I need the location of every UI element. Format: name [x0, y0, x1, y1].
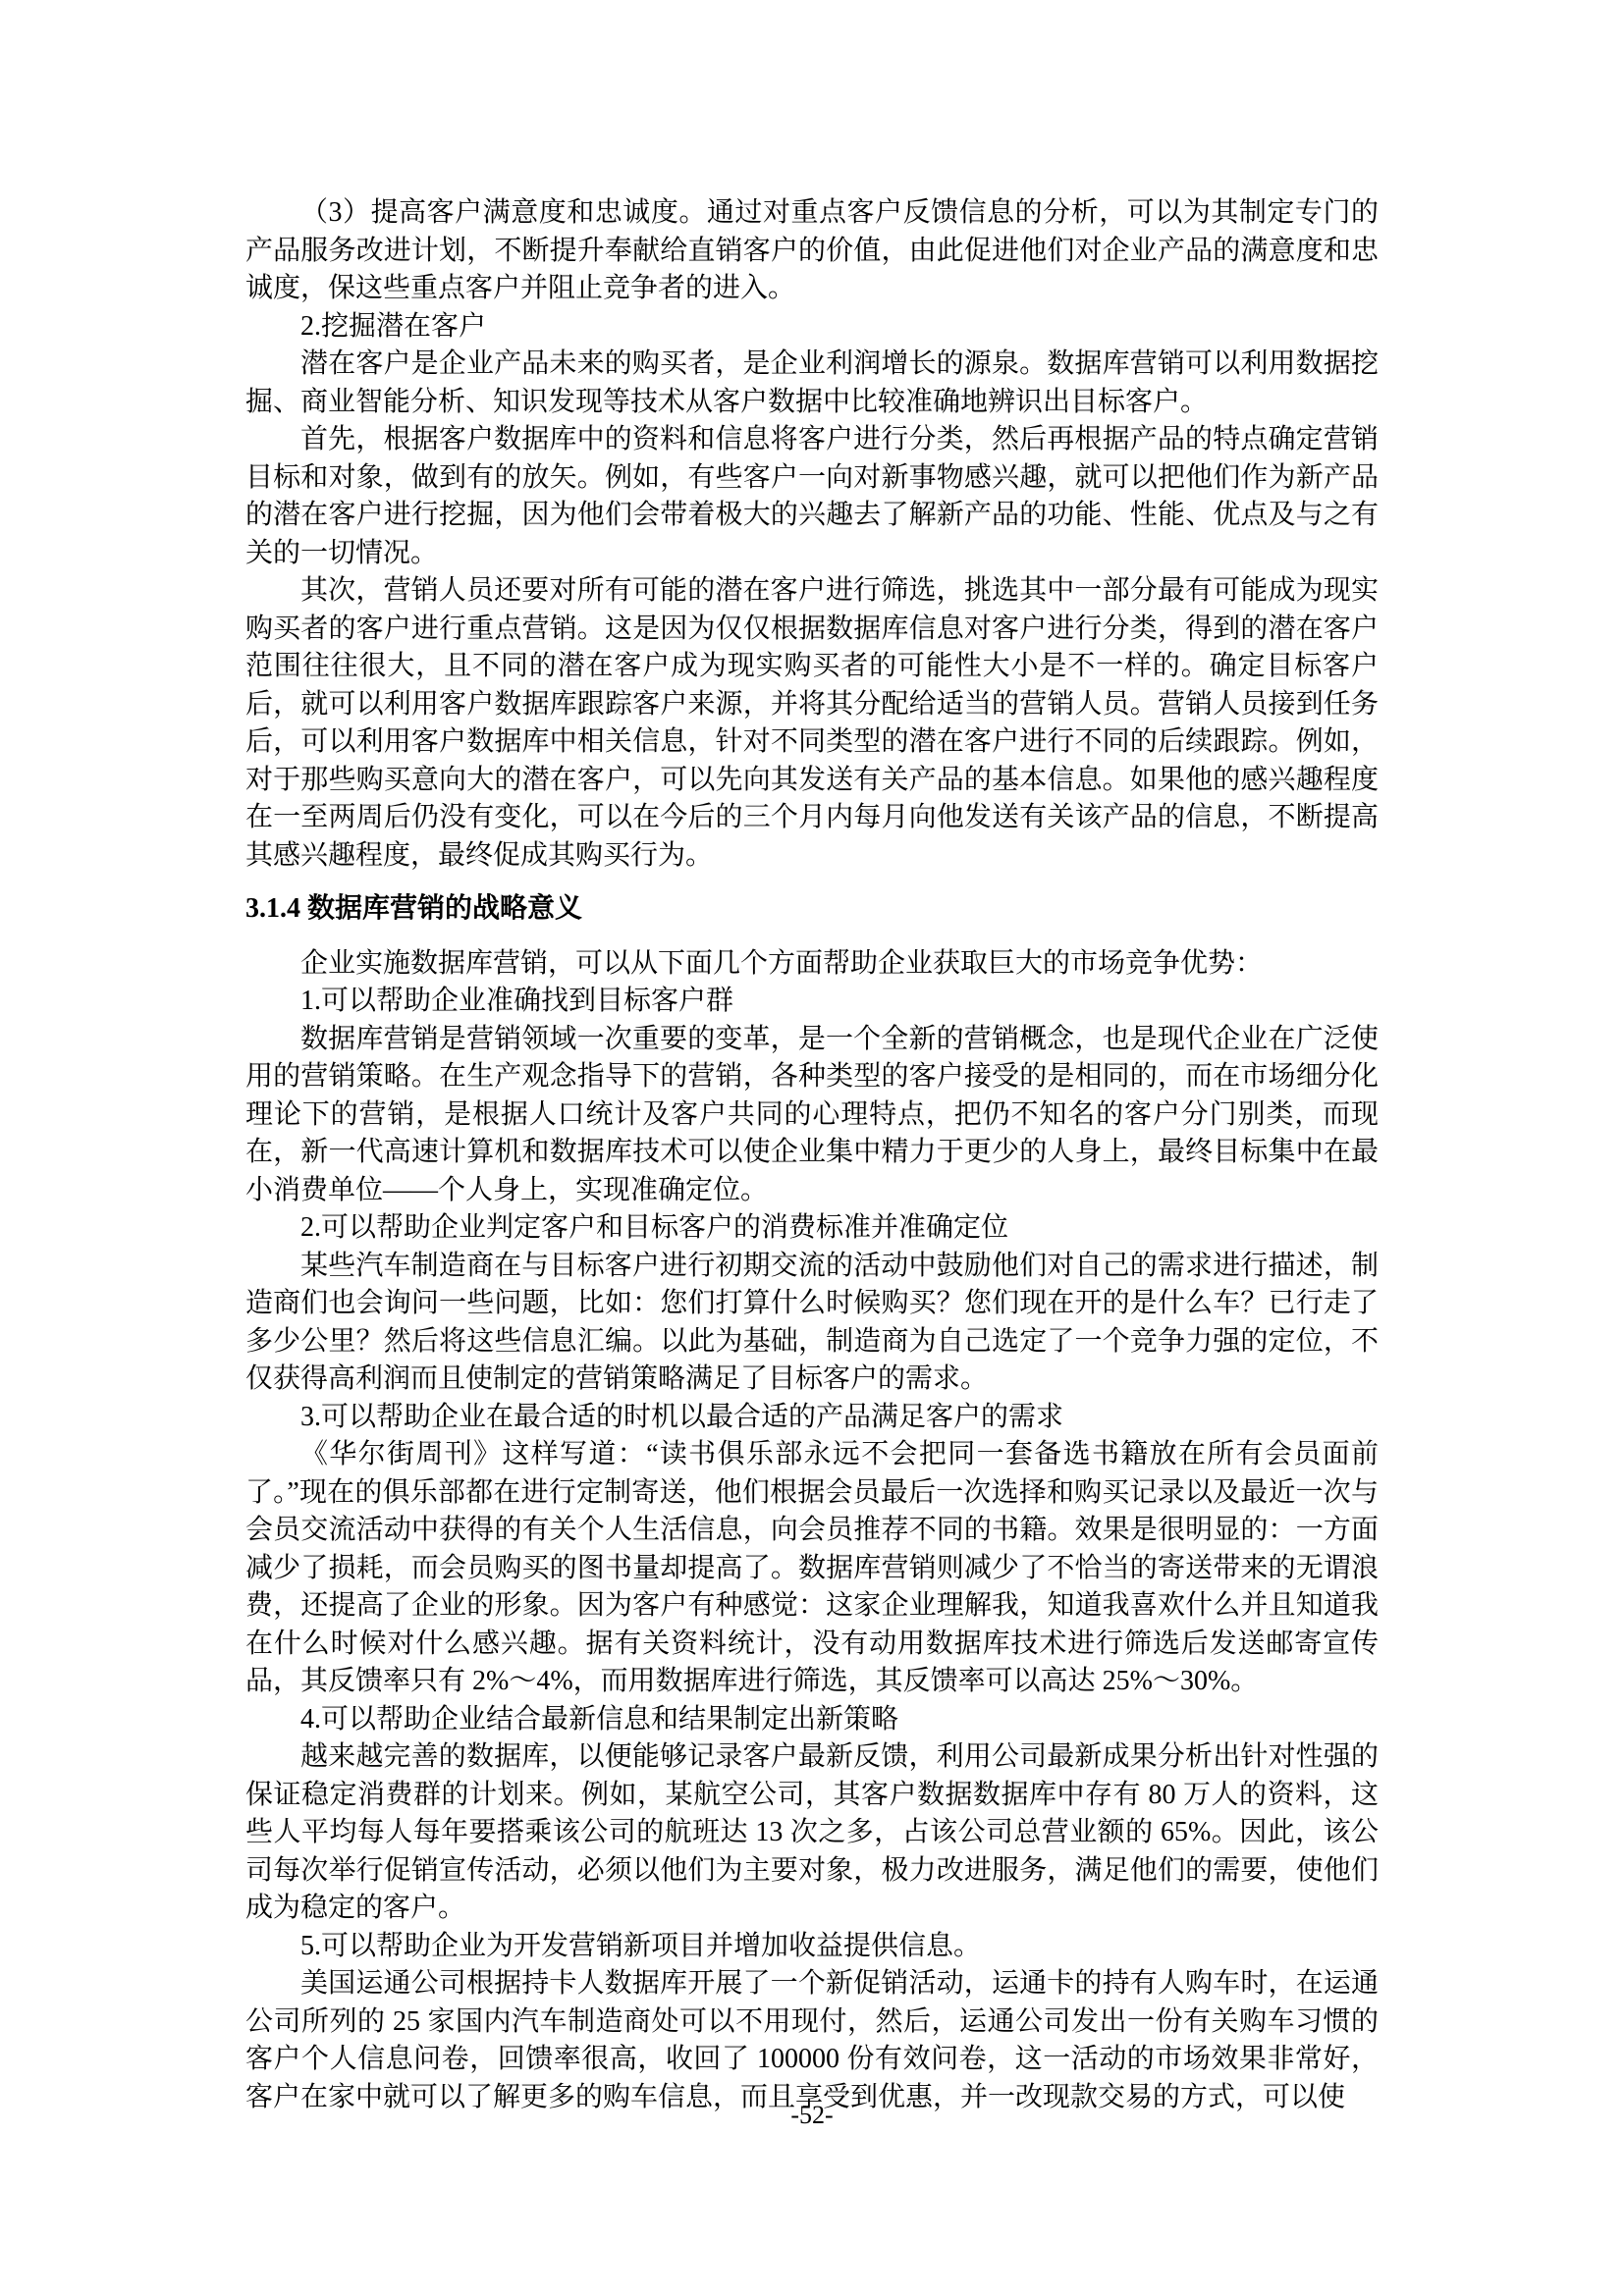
- list-item-heading: 2.挖掘潜在客户: [245, 308, 1379, 347]
- section-heading: 3.1.4 数据库营销的战略意义: [245, 890, 1379, 929]
- list-item-heading: 5.可以帮助企业为开发营销新项目并增加收益提供信息。: [245, 1928, 1379, 1966]
- paragraph: 潜在客户是企业产品未来的购买者，是企业利润增长的源泉。数据库营销可以利用数据挖掘…: [245, 346, 1379, 421]
- text-column: （3）提高客户满意度和忠诚度。通过对重点客户反馈信息的分析，可以为其制定专门的产…: [245, 194, 1379, 2116]
- paragraph: 数据库营销是营销领域一次重要的变革，是一个全新的营销概念，也是现代企业在广泛使用…: [245, 1021, 1379, 1210]
- paragraph: 《华尔街周刊》这样写道：“读书俱乐部永远不会把同一套备选书籍放在所有会员面前了。…: [245, 1436, 1379, 1701]
- paragraph: 美国运通公司根据持卡人数据库开展了一个新促销活动，运通卡的持有人购车时，在运通公…: [245, 1965, 1379, 2116]
- page-number: -52-: [0, 2099, 1624, 2132]
- paragraph: 首先，根据客户数据库中的资料和信息将客户进行分类，然后再根据产品的特点确定营销目…: [245, 421, 1379, 572]
- paragraph: 越来越完善的数据库，以便能够记录客户最新反馈，利用公司最新成果分析出针对性强的保…: [245, 1738, 1379, 1928]
- paragraph: 某些汽车制造商在与目标客户进行初期交流的活动中鼓励他们对自己的需求进行描述，制造…: [245, 1248, 1379, 1399]
- list-item-heading: 4.可以帮助企业结合最新信息和结果制定出新策略: [245, 1701, 1379, 1739]
- paragraph: 企业实施数据库营销，可以从下面几个方面帮助企业获取巨大的市场竞争优势：: [245, 945, 1379, 984]
- paragraph: （3）提高客户满意度和忠诚度。通过对重点客户反馈信息的分析，可以为其制定专门的产…: [245, 194, 1379, 308]
- list-item-heading: 1.可以帮助企业准确找到目标客户群: [245, 983, 1379, 1021]
- list-item-heading: 3.可以帮助企业在最合适的时机以最合适的产品满足客户的需求: [245, 1399, 1379, 1437]
- document-page: （3）提高客户满意度和忠诚度。通过对重点客户反馈信息的分析，可以为其制定专门的产…: [0, 0, 1624, 2296]
- list-item-heading: 2.可以帮助企业判定客户和目标客户的消费标准并准确定位: [245, 1209, 1379, 1248]
- paragraph: 其次，营销人员还要对所有可能的潜在客户进行筛选，挑选其中一部分最有可能成为现实购…: [245, 572, 1379, 875]
